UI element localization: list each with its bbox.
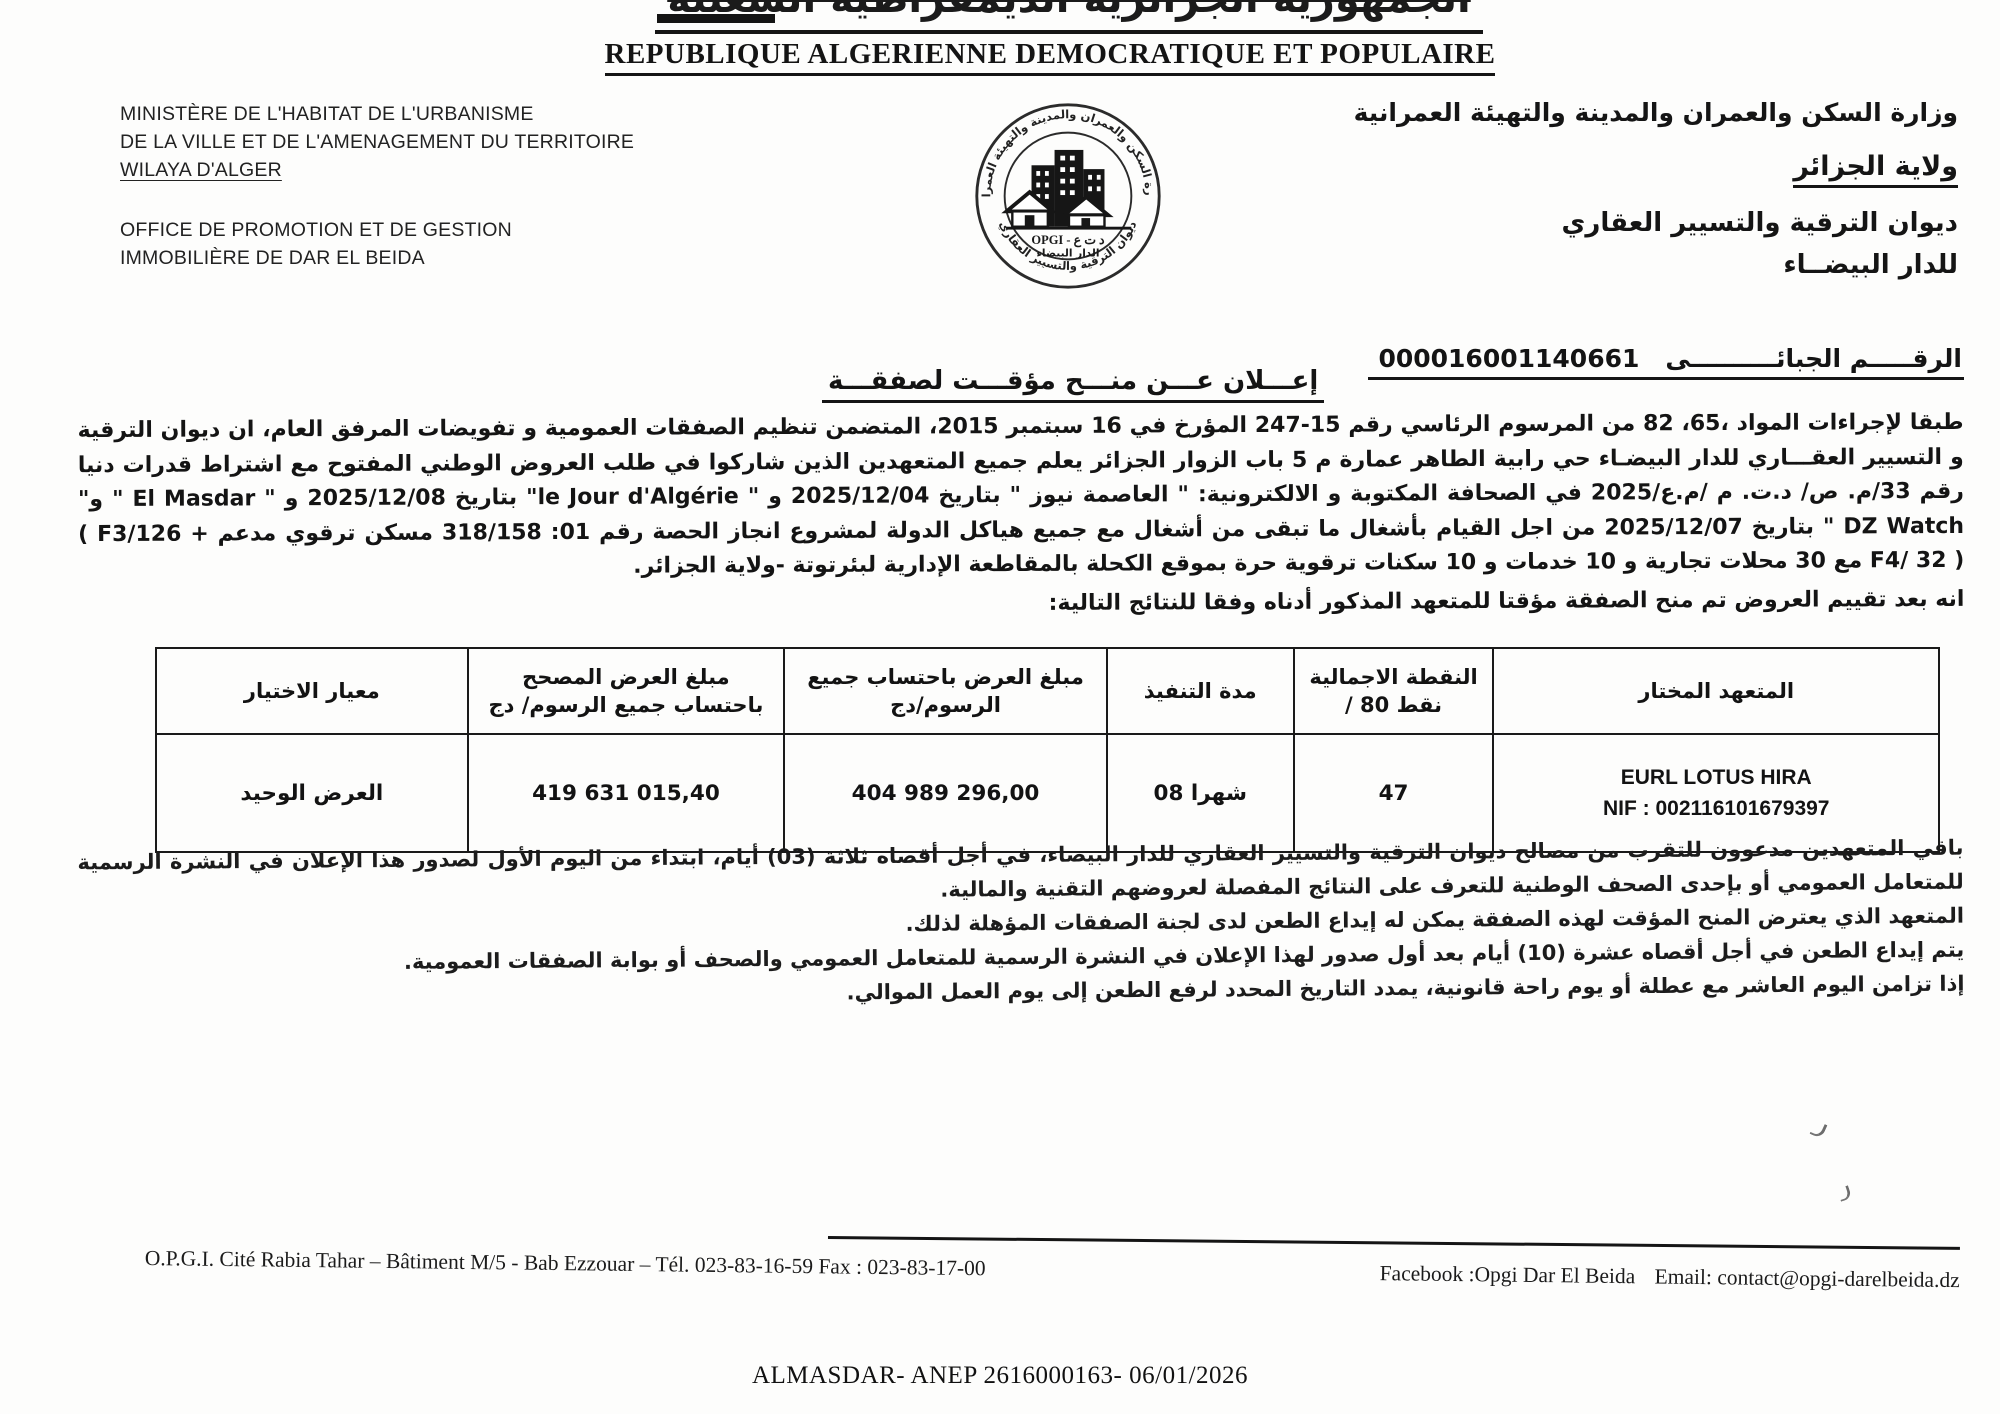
scan-speck — [1837, 1185, 1852, 1201]
announcement-body: طبقا لإجراءات المواد ،65، 82 من المرسوم … — [78, 406, 1965, 620]
table-header-row: المتعهد المختار النقطة الاجمالية / 80 نق… — [156, 648, 1939, 734]
opgi-seal-logo: وزارة السكن والعمران والمدينة والتهيئة ا… — [972, 100, 1164, 292]
spacer — [120, 184, 634, 216]
seal-city-text: الدار البيضاء — [1037, 247, 1100, 259]
office-line-ar-2: للدار البيضــاء — [1354, 250, 1958, 280]
ministry-block-fr: MINISTÈRE DE L'HABITAT DE L'URBANISME DE… — [120, 100, 634, 272]
scanned-announcement-page: { "letterhead": { "top_clipped_text": "ا… — [0, 0, 2000, 1414]
contractor-nif: NIF : 002116101679397 — [1502, 793, 1930, 825]
col-criterion: معيار الاختيار — [156, 648, 468, 734]
results-intro-line: انه بعد تقييم العروض تم منح الصفقة مؤقتا… — [78, 586, 1964, 619]
scan-artifact-bar — [657, 14, 775, 23]
republic-title-text: REPUBLIQUE ALGERIENNE DEMOCRATIQUE ET PO… — [605, 38, 1496, 76]
office-line-2: IMMOBILIÈRE DE DAR EL BEIDA — [120, 244, 634, 272]
fiscal-number-line: الرقـــــم الجبائــــــــــى000016001140… — [1368, 344, 1964, 380]
award-results-table: المتعهد المختار النقطة الاجمالية / 80 نق… — [155, 647, 1940, 853]
opgi-seal-svg: وزارة السكن والعمران والمدينة والتهيئة ا… — [972, 100, 1164, 292]
cell-amount: 404 989 296,00 — [784, 734, 1107, 852]
cell-criterion: العرض الوحيد — [156, 734, 468, 852]
col-score-line1: النقطة الاجمالية — [1303, 663, 1485, 691]
republic-title: REPUBLIQUE ALGERIENNE DEMOCRATIQUE ET PO… — [560, 38, 1540, 76]
ministry-line-ar: وزارة السكن والعمران والمدينة والتهيئة ا… — [1354, 98, 1958, 127]
footer: O.P.G.I. Cité Rabia Tahar – Bâtiment M/5… — [145, 1246, 1960, 1293]
wilaya-line-ar: ولاية الجزائر — [1354, 151, 1958, 182]
col-amount: مبلغ العرض باحتساب جميع الرسوم/دج — [784, 648, 1107, 734]
contractor-name: EURL LOTUS HIRA — [1502, 762, 1930, 794]
footer-contacts: Facebook :Opgi Dar El Beida Email: conta… — [1366, 1261, 1960, 1293]
office-line-ar-1: ديوان الترقية والتسيير العقاري — [1354, 208, 1958, 238]
cell-corrected-amount: 419 631 015,40 — [468, 734, 785, 852]
ministry-block-ar: وزارة السكن والعمران والمدينة والتهيئة ا… — [1354, 98, 1958, 280]
seal-buildings-icon — [1007, 150, 1132, 230]
top-clipped-text: الجمهورية الجزائرية الديمقراطية الشعبية — [655, 0, 1483, 22]
fiscal-number: 000016001140661 — [1378, 344, 1665, 373]
announcement-title: إعـــلان عـــن منـــح مؤقـــت لصفقـــة — [822, 366, 1324, 403]
footer-facebook: Facebook :Opgi Dar El Beida — [1380, 1261, 1636, 1288]
col-corrected-amount: مبلغ العرض المصحح باحتساب جميع الرسوم/ د… — [468, 648, 785, 734]
col-score: النقطة الاجمالية / 80 نقط — [1294, 648, 1494, 734]
col-score-line2: / 80 نقط — [1303, 691, 1485, 719]
wilaya-line-fr: WILAYA D'ALGER — [120, 156, 634, 184]
top-clipped-republic-ar: الجمهورية الجزائرية الديمقراطية الشعبية — [655, 0, 1483, 34]
seal-abbr-text: OPGI - د ت ع — [1031, 233, 1104, 248]
footer-email: Email: contact@opgi-darelbeida.dz — [1654, 1264, 1959, 1292]
appeal-notices: باقي المتعهدين مدعوون للتقرب من مصالح دي… — [77, 831, 1964, 1016]
col-contractor: المتعهد المختار — [1493, 648, 1939, 734]
footer-address: O.P.G.I. Cité Rabia Tahar – Bâtiment M/5… — [145, 1246, 986, 1281]
anep-reference-line: ALMASDAR- ANEP 2616000163- 06/01/2026 — [0, 1362, 2000, 1390]
office-line-1: OFFICE DE PROMOTION ET DE GESTION — [120, 216, 634, 244]
scan-speck — [1810, 1120, 1828, 1139]
col-duration: مدة التنفيذ — [1107, 648, 1294, 734]
fiscal-label: الرقـــــم الجبائــــــــــى — [1665, 344, 1962, 373]
ministry-line-2: DE LA VILLE ET DE L'AMENAGEMENT DU TERRI… — [120, 128, 634, 156]
cell-duration: 08 شهرا — [1107, 734, 1294, 852]
ministry-line-1: MINISTÈRE DE L'HABITAT DE L'URBANISME — [120, 100, 634, 128]
body-paragraph: طبقا لإجراءات المواد ،65، 82 من المرسوم … — [78, 406, 1965, 587]
footer-divider — [828, 1236, 1960, 1250]
